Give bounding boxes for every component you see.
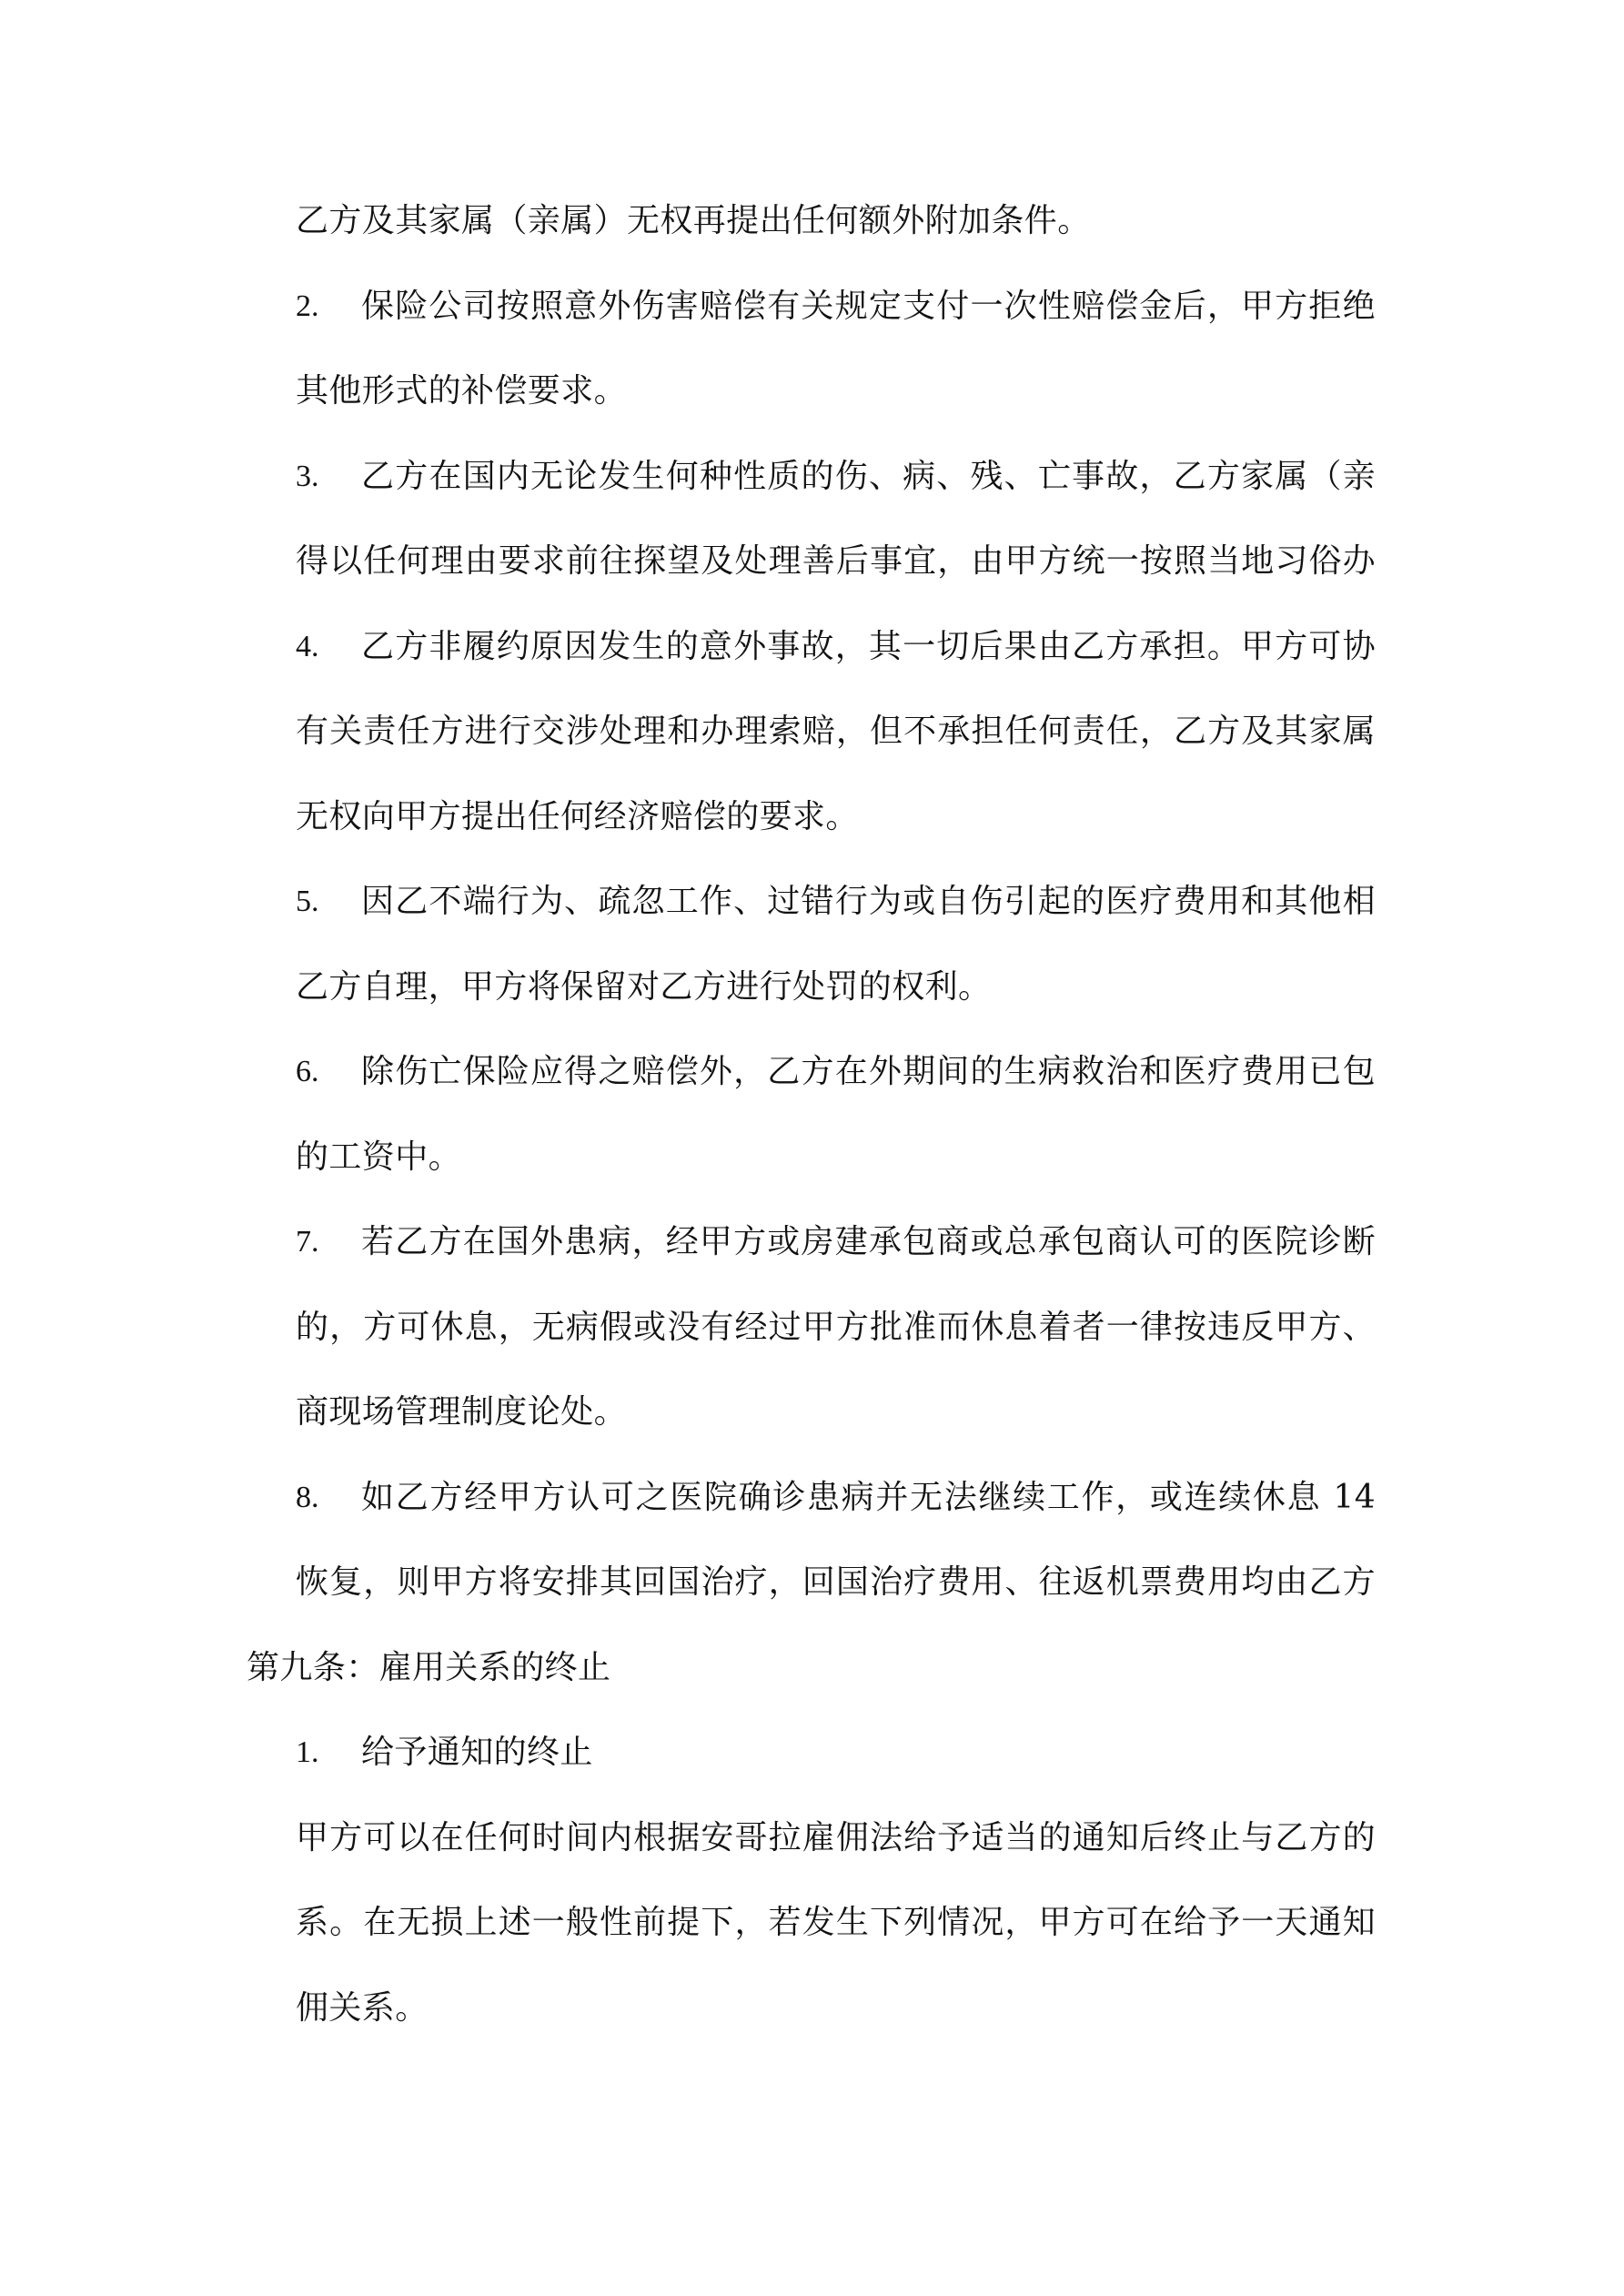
- item-text-line: 的工资中。: [296, 1115, 461, 1200]
- continuation-text: 乙方及其家属（亲属）无权再提出任何额外附加条件。: [296, 178, 1091, 264]
- document-page: 乙方及其家属（亲属）无权再提出任何额外附加条件。 2. 保险公司按照意外伤害赔偿…: [0, 0, 1624, 2296]
- item-text-line: 若乙方在国外患病，经甲方或房建承包商或总承包商认可的医院诊断必须休息: [361, 1199, 1376, 1285]
- item-text-line: 恢复，则甲方将安排其回国治疗，回国治疗费用、往返机票费用均由乙方自行承担。: [296, 1540, 1376, 1625]
- item-text-line: 得以任何理由要求前往探望及处理善后事宜，由甲方统一按照当地习俗办理。: [296, 519, 1376, 604]
- subsection-title: 给予通知的终止: [361, 1710, 593, 1795]
- item-number: 7.: [296, 1199, 350, 1285]
- item-text-line: 保险公司按照意外伤害赔偿有关规定支付一次性赔偿金后，甲方拒绝考虑任何: [361, 264, 1376, 349]
- item-text-line: 无权向甲方提出任何经济赔偿的要求。: [296, 774, 859, 860]
- item-text-line: 商现场管理制度论处。: [296, 1370, 627, 1455]
- subsection-number: 1.: [296, 1710, 350, 1795]
- item-number: 8.: [296, 1455, 350, 1541]
- item-text-line: 有关责任方进行交涉处理和办理索赔，但不承担任何责任，乙方及其家属（亲属）: [296, 689, 1376, 774]
- item-text-line: 的，方可休息，无病假或没有经过甲方批准而休息着者一律按违反甲方、房建承包: [296, 1285, 1376, 1371]
- item-text-line: 乙方在国内无论发生何种性质的伤、病、残、亡事故，乙方家属（亲属）均不: [361, 434, 1376, 520]
- item-number: 2.: [296, 264, 350, 349]
- item-text-line: 因乙不端行为、疏忽工作、过错行为或自伤引起的医疗费用和其他相关费用由: [361, 859, 1376, 945]
- paragraph-line: 系。在无损上述一般性前提下，若发生下列情况，甲方可在给予一天通知后终止雇: [296, 1880, 1376, 1966]
- item-text-line: 乙方自理，甲方将保留对乙方进行处罚的权利。: [296, 945, 991, 1030]
- item-text-line: 如乙方经甲方认可之医院确诊患病并无法继续工作，或连续休息 14 天仍不能: [361, 1455, 1376, 1541]
- paragraph-line: 佣关系。: [296, 1966, 429, 2051]
- item-text-line: 其他形式的补偿要求。: [296, 349, 627, 434]
- item-number: 5.: [296, 859, 350, 945]
- item-text-line: 除伤亡保险应得之赔偿外，乙方在外期间的生病救治和医疗费用已包含在乙方: [361, 1029, 1376, 1115]
- item-number: 3.: [296, 434, 350, 520]
- item-number: 6.: [296, 1029, 350, 1115]
- paragraph-line: 甲方可以在任何时间内根据安哥拉雇佣法给予适当的通知后终止与乙方的雇佣关: [296, 1795, 1376, 1881]
- item-number: 4.: [296, 604, 350, 690]
- section-heading: 第九条：雇用关系的终止: [247, 1625, 610, 1711]
- item-text-line: 乙方非履约原因发生的意外事故，其一切后果由乙方承担。甲方可协助乙方与: [361, 604, 1376, 690]
